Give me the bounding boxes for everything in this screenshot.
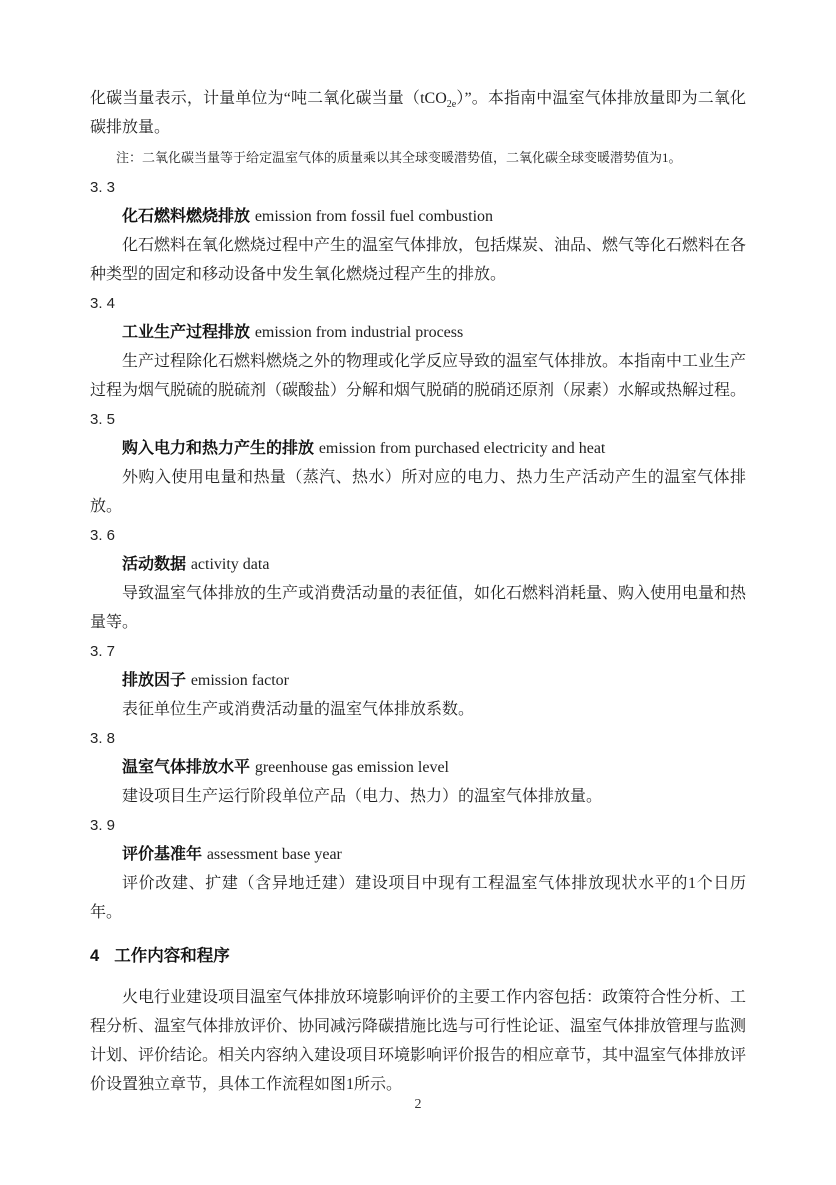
term-section-3-9: 3. 9 评价基准年assessment base year 评价改建、扩建（含… — [90, 811, 746, 927]
term-title: 化石燃料燃烧排放emission from fossil fuel combus… — [90, 202, 746, 231]
term-number: 3. 7 — [90, 637, 746, 666]
term-number: 3. 8 — [90, 724, 746, 753]
term-section-3-5: 3. 5 购入电力和热力产生的排放emission from purchased… — [90, 405, 746, 521]
term-title: 购入电力和热力产生的排放emission from purchased elec… — [90, 434, 746, 463]
term-name-en: emission factor — [191, 672, 289, 689]
term-name-zh: 活动数据 — [122, 556, 186, 573]
term-name-en: activity data — [191, 556, 270, 573]
term-number: 3. 5 — [90, 405, 746, 434]
term-title: 评价基准年assessment base year — [90, 840, 746, 869]
term-name-zh: 工业生产过程排放 — [122, 324, 250, 341]
term-name-zh: 温室气体排放水平 — [122, 759, 250, 776]
note-line: 注：二氧化碳当量等于给定温室气体的质量乘以其全球变暖潜势值，二氧化碳全球变暖潜势… — [90, 143, 746, 173]
intro-paragraph: 化碳当量表示，计量单位为“吨二氧化碳当量（tCO2e）”。本指南中温室气体排放量… — [90, 84, 746, 142]
term-name-en: emission from purchased electricity and … — [319, 440, 606, 457]
term-section-3-4: 3. 4 工业生产过程排放emission from industrial pr… — [90, 289, 746, 405]
term-name-en: assessment base year — [207, 846, 342, 863]
term-number: 3. 3 — [90, 173, 746, 202]
term-title: 活动数据activity data — [90, 550, 746, 579]
term-definition: 化石燃料在氧化燃烧过程中产生的温室气体排放，包括煤炭、油品、燃气等化石燃料在各种… — [90, 231, 746, 289]
page-number: 2 — [0, 1090, 836, 1119]
term-definition: 表征单位生产或消费活动量的温室气体排放系数。 — [90, 695, 746, 724]
term-definition: 评价改建、扩建（含异地迁建）建设项目中现有工程温室气体排放现状水平的1个日历年。 — [90, 869, 746, 927]
term-name-en: emission from fossil fuel combustion — [255, 208, 493, 225]
term-title: 排放因子emission factor — [90, 666, 746, 695]
term-section-3-6: 3. 6 活动数据activity data 导致温室气体排放的生产或消费活动量… — [90, 521, 746, 637]
term-definition: 导致温室气体排放的生产或消费活动量的表征值，如化石燃料消耗量、购入使用电量和热量… — [90, 579, 746, 637]
term-title: 温室气体排放水平greenhouse gas emission level — [90, 753, 746, 782]
term-section-3-8: 3. 8 温室气体排放水平greenhouse gas emission lev… — [90, 724, 746, 811]
term-name-en: greenhouse gas emission level — [255, 759, 449, 776]
term-definition: 生产过程除化石燃料燃烧之外的物理或化学反应导致的温室气体排放。本指南中工业生产过… — [90, 347, 746, 405]
term-name-zh: 评价基准年 — [122, 846, 202, 863]
term-definition: 建设项目生产运行阶段单位产品（电力、热力）的温室气体排放量。 — [90, 782, 746, 811]
section-4-paragraph: 火电行业建设项目温室气体排放环境影响评价的主要工作内容包括：政策符合性分析、工程… — [90, 983, 746, 1099]
term-section-3-3: 3. 3 化石燃料燃烧排放emission from fossil fuel c… — [90, 173, 746, 289]
term-name-zh: 购入电力和热力产生的排放 — [122, 440, 314, 457]
co2e-subscript: 2e — [447, 99, 456, 110]
document-page: 化碳当量表示，计量单位为“吨二氧化碳当量（tCO2e）”。本指南中温室气体排放量… — [0, 0, 836, 1185]
term-title: 工业生产过程排放emission from industrial process — [90, 318, 746, 347]
term-number: 3. 9 — [90, 811, 746, 840]
term-name-zh: 化石燃料燃烧排放 — [122, 208, 250, 225]
term-number: 3. 6 — [90, 521, 746, 550]
section-4-heading: 4工作内容和程序 — [90, 942, 746, 971]
term-definition: 外购入使用电量和热量（蒸汽、热水）所对应的电力、热力生产活动产生的温室气体排放。 — [90, 463, 746, 521]
term-name-en: emission from industrial process — [255, 324, 463, 341]
term-name-zh: 排放因子 — [122, 672, 186, 689]
term-section-3-7: 3. 7 排放因子emission factor 表征单位生产或消费活动量的温室… — [90, 637, 746, 724]
term-number: 3. 4 — [90, 289, 746, 318]
section-4-number: 4 — [90, 947, 99, 965]
section-4-title: 工作内容和程序 — [114, 947, 230, 965]
intro-text-before-subscript: 化碳当量表示，计量单位为“吨二氧化碳当量（tCO — [90, 90, 447, 107]
